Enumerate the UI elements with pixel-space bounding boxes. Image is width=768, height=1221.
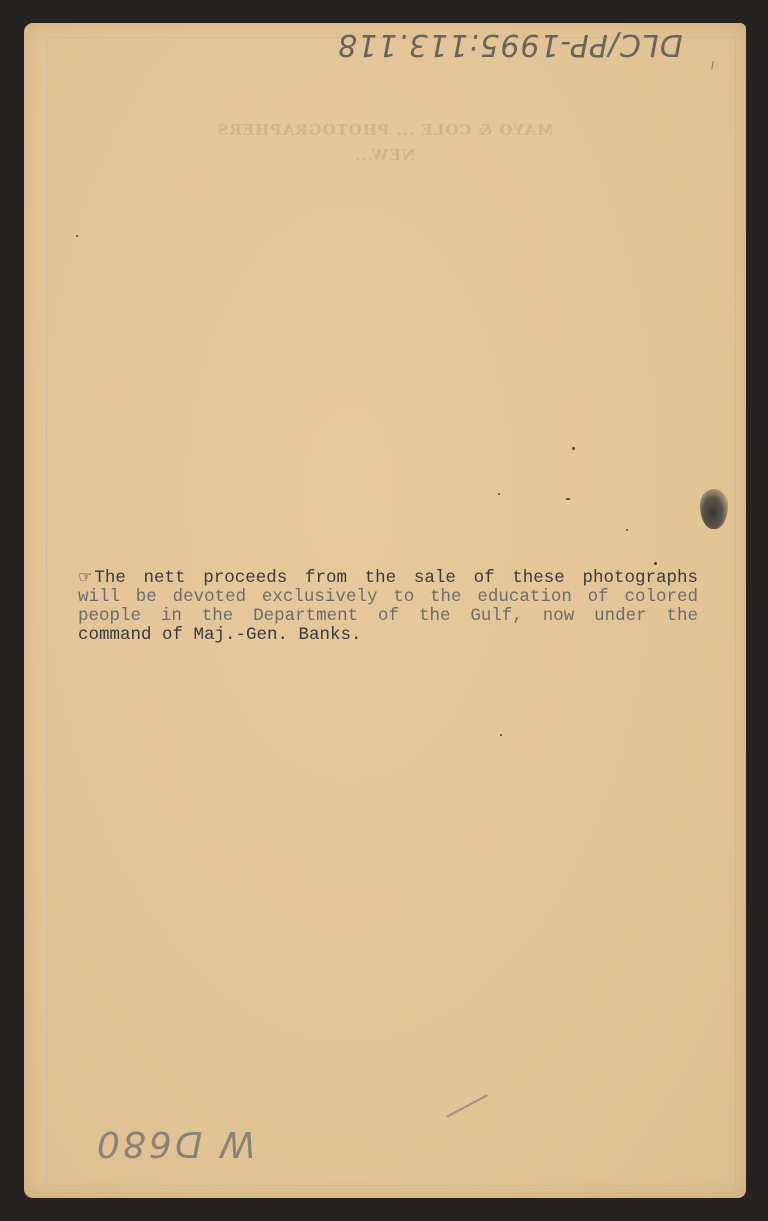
notice-line-2: will be devoted exclusively to the educa… bbox=[78, 588, 698, 607]
ink-stain bbox=[700, 489, 728, 529]
notice-line-3: people in the Department of the Gulf, no… bbox=[78, 607, 698, 626]
speck bbox=[498, 493, 500, 495]
manicule-icon: ☞ bbox=[78, 567, 92, 586]
printed-notice: ☞The nett proceeds from the sale of thes… bbox=[78, 567, 698, 645]
bleed-through-text-1: MAYO & COLE ... PHOTOGRAPHERS bbox=[24, 121, 746, 139]
speck bbox=[566, 498, 570, 500]
handwritten-inventory-number: W D680 bbox=[94, 1123, 255, 1164]
speck bbox=[654, 562, 657, 565]
notice-line-1: ☞The nett proceeds from the sale of thes… bbox=[78, 567, 698, 588]
bleed-through-text-2: NEW... bbox=[24, 146, 746, 164]
scan-backdrop: DLC/PP-1995:113.118 MAYO & COLE ... PHOT… bbox=[0, 0, 768, 1221]
notice-line-4: command of Maj.-Gen. Banks. bbox=[78, 626, 698, 645]
speck bbox=[626, 529, 628, 531]
speck bbox=[76, 235, 78, 237]
photograph-card-back: DLC/PP-1995:113.118 MAYO & COLE ... PHOT… bbox=[24, 23, 746, 1198]
handwritten-call-number: DLC/PP-1995:113.118 bbox=[337, 27, 683, 62]
speck bbox=[572, 447, 575, 450]
pencil-mark bbox=[711, 61, 713, 69]
speck bbox=[500, 734, 502, 736]
pencil-tick-mark bbox=[446, 1094, 488, 1117]
